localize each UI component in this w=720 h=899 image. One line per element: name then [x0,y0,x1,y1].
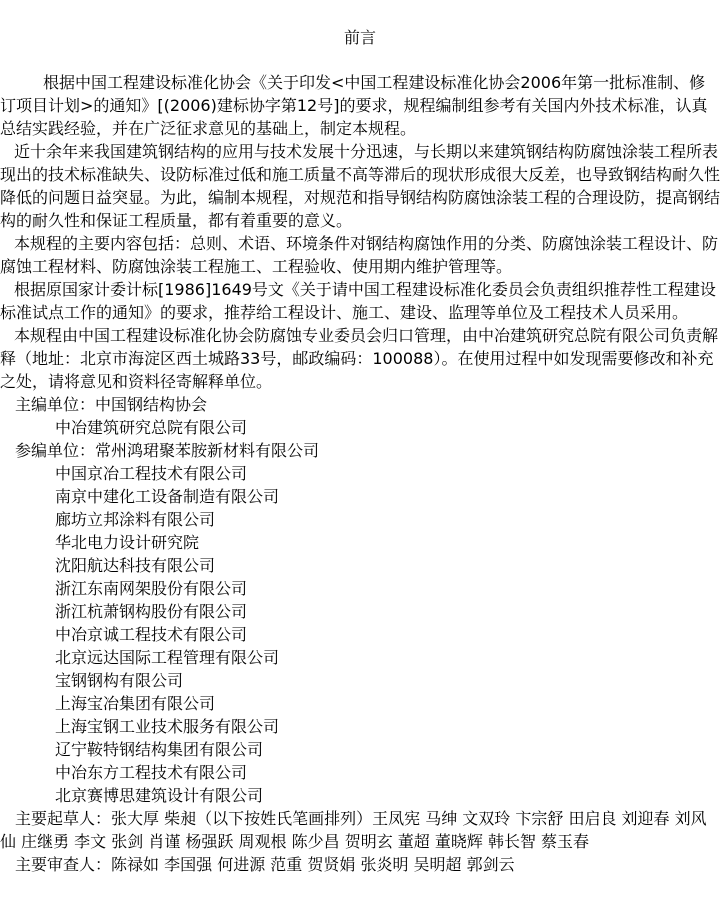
drafters-line: 主要起草人：张大厚 柴昶（以下按姓氏笔画排列）王凤宪 马绅 文双玲 卞宗舒 田启… [0,807,720,853]
unit-line: 华北电力设计研究院 [0,531,720,554]
paragraph-intro: 根据中国工程建设标准化协会《关于印发<中国工程建设标准化协会2006年第一批标准… [0,71,720,140]
paragraph-contents: 本规程的主要内容包括：总则、术语、环境条件对钢结构腐蚀作用的分类、防腐蚀涂装工程… [0,232,720,278]
unit-line: 宝钢钢构有限公司 [0,669,720,692]
unit-line: 上海宝冶集团有限公司 [0,692,720,715]
unit-line: 中冶东方工程技术有限公司 [0,761,720,784]
unit-name: 常州鸿珺聚苯胺新材料有限公司 [95,441,319,460]
unit-line: 北京赛博思建筑设计有限公司 [0,784,720,807]
unit-line: 沈阳航达科技有限公司 [0,554,720,577]
unit-line: 中国京冶工程技术有限公司 [0,462,720,485]
unit-line: 北京远达国际工程管理有限公司 [0,646,720,669]
paragraph-management: 本规程由中国工程建设标准化协会防腐蚀专业委员会归口管理，由中冶建筑研究总院有限公… [0,324,720,393]
unit-name: 中国钢结构协会 [95,395,207,414]
paragraph-recommendation: 根据原国家计委计标[1986]1649号文《关于请中国工程建设标准化委员会负责组… [0,278,720,324]
unit-line: 中冶建筑研究总院有限公司 [0,416,720,439]
reviewers-label: 主要审查人： [15,855,111,874]
unit-line: 浙江东南网架股份有限公司 [0,577,720,600]
unit-line: 廊坊立邦涂料有限公司 [0,508,720,531]
unit-line: 辽宁鞍特钢结构集团有限公司 [0,738,720,761]
reviewers-names: 陈禄如 李国强 何进源 范重 贺贤娟 张炎明 吴明超 郭剑云 [111,855,515,874]
unit-line: 中冶京诚工程技术有限公司 [0,623,720,646]
drafters-label: 主要起草人： [15,809,111,828]
page-title: 前言 [0,26,720,49]
unit-line: 上海宝钢工业技术服务有限公司 [0,715,720,738]
paragraph-background: 近十余年来我国建筑钢结构的应用与技术发展十分迅速，与长期以来建筑钢结构防腐蚀涂装… [0,140,720,232]
participating-label: 参编单位： [15,441,95,460]
unit-line: 浙江杭萧钢构股份有限公司 [0,600,720,623]
document-page: 前言 根据中国工程建设标准化协会《关于印发<中国工程建设标准化协会2006年第一… [0,0,720,899]
unit-line: 南京中建化工设备制造有限公司 [0,485,720,508]
chief-editor-unit-line: 主编单位：中国钢结构协会 [0,393,720,416]
chief-editor-label: 主编单位： [15,395,95,414]
participating-unit-line: 参编单位：常州鸿珺聚苯胺新材料有限公司 [0,439,720,462]
reviewers-line: 主要审查人：陈禄如 李国强 何进源 范重 贺贤娟 张炎明 吴明超 郭剑云 [0,853,720,876]
